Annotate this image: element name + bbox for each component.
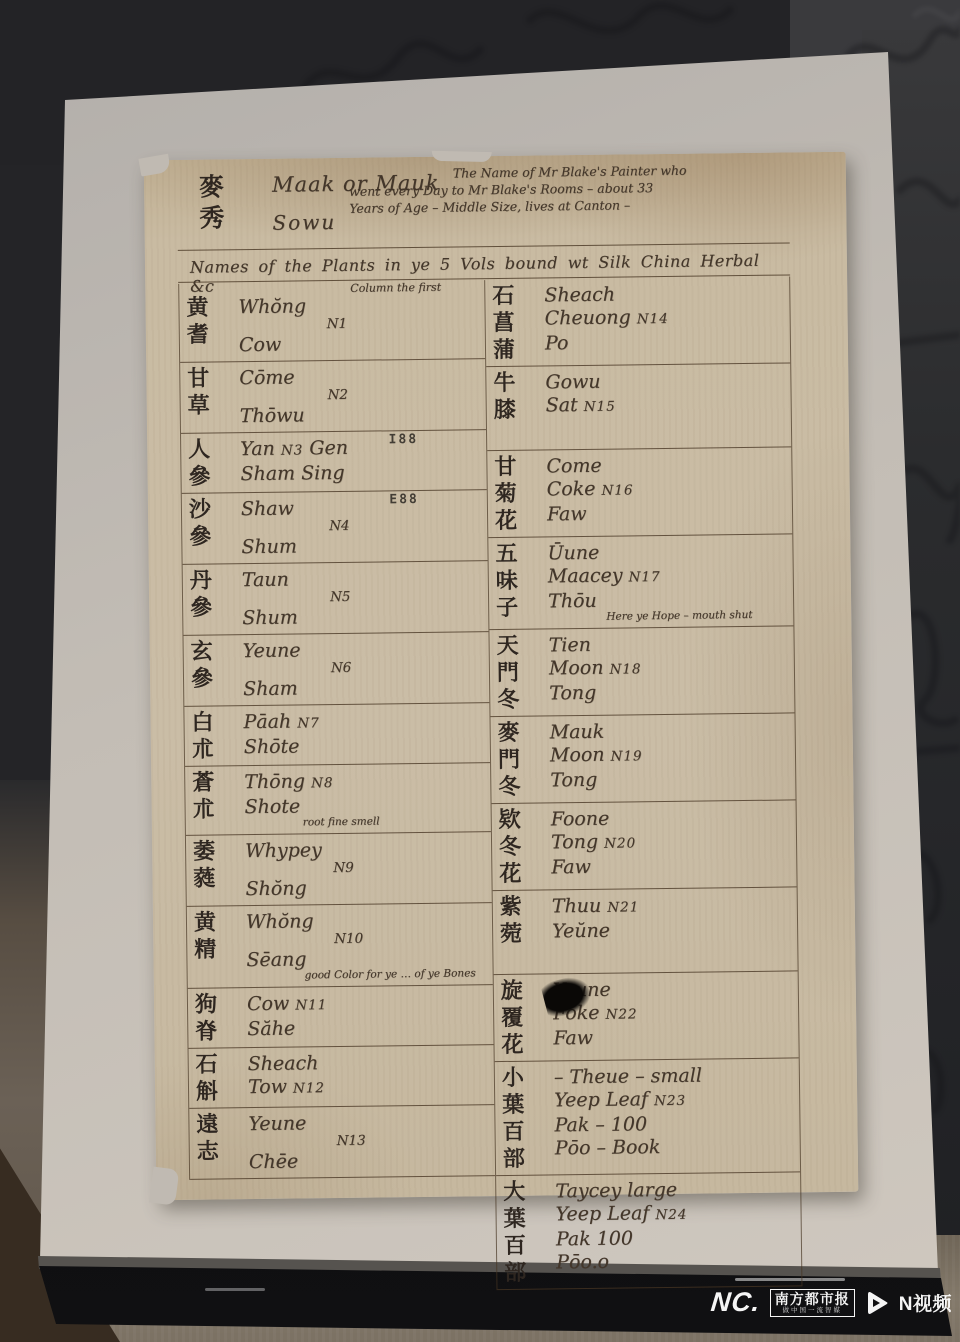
table-row: 甘菊花 ComeCoke N16Faw — [487, 447, 792, 538]
table-row: 蒼朮 Thōng N8Shoteroot fine smell — [185, 763, 491, 836]
plant-chinese-name: 麥門冬 — [491, 720, 539, 802]
plant-romanized-name: Thuu N21Yeŭne — [540, 890, 798, 971]
table-row: 牛膝 GowuSat N15 — [486, 363, 791, 451]
table-row: 沙參 ShawN4Shum E88 — [182, 490, 488, 565]
paper-tear — [432, 151, 492, 162]
manuscript-header: 麥秀 Maak or Mauk Sowu The Name of Mr Blak… — [177, 158, 790, 250]
romanized-line: Tong — [549, 679, 794, 705]
romanized-line: Shum — [242, 604, 488, 630]
annotation: good Color for ye … of ye Bones — [305, 967, 493, 982]
romanized-line: Sham Sing — [240, 460, 486, 486]
table-row: 玄參 YeuneN6Sham — [183, 632, 489, 707]
plant-chinese-name: 牛膝 — [486, 370, 534, 449]
romanized-line: Thōwu — [240, 402, 486, 428]
plant-chinese-name: 黄耆 — [179, 294, 227, 360]
table-row: 天門冬 TienMoon N18Tong — [489, 626, 794, 717]
romanized-line: Chēe — [249, 1148, 495, 1174]
plant-romanized-name: SheachCheuong N14Po — [532, 279, 790, 363]
table-row: 丹參 TaunN5Shum — [183, 561, 489, 636]
plant-romanized-name: YeuneN13Chēe — [236, 1108, 495, 1176]
plant-chinese-name: 沙參 — [182, 496, 230, 562]
plant-romanized-name: SheachTow N12 — [236, 1048, 495, 1105]
nvideo-logo: N视频 — [899, 1289, 952, 1316]
plant-chinese-name: 石菖蒲 — [485, 283, 533, 365]
romanized-line: Pak – 100 — [554, 1111, 799, 1137]
romanized-line: Maacey N17 — [548, 562, 793, 590]
table-row: 萎蕤 WhypeyN9Shŏng — [186, 832, 492, 907]
romanized-line: Tong N20 — [551, 828, 796, 856]
romanized-line: Moon N19 — [550, 741, 795, 769]
romanized-line: Thuu N21 — [552, 892, 797, 920]
watermark-bar: NC. 南方都市报 做中国一流智媒 N视频 — [711, 1287, 952, 1318]
romanized-line: Cow — [239, 331, 485, 357]
plant-romanized-name: WhŏngN1Cow — [226, 291, 485, 359]
manuscript-paper: 麥秀 Maak or Mauk Sowu The Name of Mr Blak… — [144, 152, 859, 1200]
plant-chinese-name: 蒼朮 — [185, 769, 233, 833]
table-row: 遠志 YeuneN13Chēe — [189, 1105, 495, 1180]
plant-romanized-name: TaunN5Shum — [230, 564, 489, 632]
plant-chinese-name: 玄參 — [184, 638, 232, 704]
table-row: 紫菀 Thuu N21Yeŭne — [493, 887, 798, 975]
plant-chinese-name: 大葉百部 — [496, 1179, 544, 1288]
plant-romanized-name: Cow N11Săhe — [235, 988, 494, 1045]
plant-romanized-name: ComeCoke N16Faw — [534, 450, 792, 534]
romanized-line: Tong — [550, 766, 795, 792]
plant-chinese-name: 甘草 — [180, 365, 228, 431]
romanized-line: Shōte — [244, 733, 490, 759]
table-row: 小葉百部 – Theue – smallYeep Leaf N23Pak – 1… — [495, 1058, 800, 1176]
romanized-line: Shŏng — [245, 875, 491, 901]
romanized-line: Sham — [243, 675, 489, 701]
plant-romanized-name: Yan N3 GenSham Sing — [228, 433, 487, 490]
table-row: 石斛 SheachTow N12 — [189, 1045, 495, 1109]
plant-romanized-name: YeuneN6Sham — [231, 635, 490, 703]
romanized-line: Yeŭne — [552, 917, 797, 943]
romanized-line: Pōo – Book — [555, 1134, 800, 1160]
romanized-line: Yan N3 Gen — [240, 435, 486, 463]
plant-romanized-name: TienMoon N18Tong — [536, 629, 794, 713]
table-row: 甘草 CōmeN2Thōwu — [180, 359, 486, 434]
plant-chinese-name: 遠志 — [189, 1111, 237, 1177]
plant-romanized-name: GowuSat N15 — [533, 366, 791, 447]
romanized-line: Gowu — [545, 368, 790, 394]
annotation: root fine smell — [303, 814, 491, 829]
annotation: Here ye Hope – mouth shut — [606, 608, 793, 623]
plant-chinese-name: 人參 — [181, 436, 229, 491]
romanized-line: Foone — [551, 805, 796, 831]
play-video-icon — [864, 1290, 890, 1316]
header-romanized-name2: Sowu — [272, 210, 336, 235]
romanized-line: Cow N11 — [247, 990, 493, 1018]
table-row: 狗脊 Cow N11Săhe — [188, 985, 494, 1049]
plant-column-first: 黄耆 WhŏngN1Cow 甘草 CōmeN2Thōwu 人參 Yan N3 G… — [178, 280, 495, 1180]
romanized-line: Pōo.o — [556, 1248, 801, 1274]
paper-tear — [149, 1167, 179, 1206]
romanized-line: Faw — [551, 853, 796, 879]
plant-romanized-name: MaukMoon N19Tong — [538, 716, 796, 800]
romanized-line: Coke N16 — [547, 475, 792, 503]
column-note: Column the first — [350, 281, 441, 295]
paper-tear — [138, 154, 171, 177]
plant-chinese-name: 石斛 — [189, 1051, 237, 1106]
plant-chinese-name: 欵冬花 — [492, 807, 540, 889]
romanized-line: Tow N12 — [248, 1073, 494, 1101]
nc-logo: NC. — [710, 1287, 763, 1318]
romanized-line: Faw — [553, 1024, 798, 1050]
plant-romanized-name: FooneTong N20Faw — [539, 803, 797, 887]
romanized-line: Thōng N8 — [244, 768, 490, 796]
romanized-line: Mauk — [550, 718, 795, 744]
table-row: 石菖蒲 SheachCheuong N14Po — [485, 276, 790, 367]
table-row: 旋覆花 YeuneFoke N22Faw — [494, 971, 799, 1062]
table-row: 欵冬花 FooneTong N20Faw — [492, 800, 797, 891]
plant-romanized-name: ShawN4Shum — [229, 493, 488, 561]
romanized-line: Come — [546, 452, 791, 478]
romanized-line: Faw — [547, 500, 792, 526]
plant-romanized-name: WhypeyN9Shŏng — [233, 835, 492, 903]
plant-romanized-name: WhŏngN10Sēanggood Color for ye … of ye B… — [234, 906, 493, 985]
plant-chinese-name: 萎蕤 — [186, 838, 234, 904]
newspaper-name: 南方都市报 — [775, 1292, 850, 1307]
plant-chinese-name: 五味子 — [488, 541, 536, 628]
romanized-line: Pak 100 — [556, 1225, 801, 1251]
plant-chinese-name: 黄精 — [187, 909, 235, 986]
table-row: 麥門冬 MaukMoon N19Tong — [491, 713, 796, 804]
romanized-line: Sheach — [544, 281, 789, 307]
romanized-line: Sat N15 — [546, 391, 791, 419]
romanized-line: Săhe — [247, 1015, 493, 1041]
plant-romanized-name: Taycey largeYeep Leaf N24Pak 100Pōo.o — [543, 1175, 801, 1286]
header-chinese-name: 麥秀 — [199, 171, 230, 233]
table-row: 人參 Yan N3 GenSham Sing I88 — [181, 430, 487, 494]
newspaper-tagline: 做中国一流智媒 — [775, 1307, 850, 1315]
plant-chinese-name: 白朮 — [184, 709, 232, 764]
plant-chinese-name: 甘菊花 — [487, 454, 535, 536]
plant-chinese-name: 旋覆花 — [494, 978, 542, 1060]
romanized-line: Sheach — [248, 1050, 494, 1076]
table-row: 黄精 WhŏngN10Sēanggood Color for ye … of y… — [187, 903, 493, 989]
romanized-line: Shum — [241, 533, 487, 559]
plant-chinese-name: 狗脊 — [188, 991, 236, 1046]
pencil-mark: I88 — [389, 432, 419, 447]
romanized-line: Taycey large — [555, 1177, 800, 1203]
plant-romanized-name: Thōng N8Shoteroot fine smell — [232, 766, 491, 832]
plant-romanized-name: ŪuneMaacey N17ThōuHere ye Hope – mouth s… — [535, 537, 793, 626]
table-row: 大葉百部 Taycey largeYeep Leaf N24Pak 100Pōo… — [496, 1172, 801, 1290]
plant-chinese-name: 紫菀 — [493, 894, 541, 973]
museum-exhibit-photo: 麥秀 Maak or Mauk Sowu The Name of Mr Blak… — [0, 0, 960, 1342]
romanized-line: Ūune — [547, 539, 792, 565]
plant-column-second: 石菖蒲 SheachCheuong N14Po 牛膝 GowuSat N15 甘… — [484, 276, 802, 1290]
romanized-line: Pāah N7 — [243, 708, 489, 736]
plant-romanized-name: – Theue – smallYeep Leaf N23Pak – 100Pōo… — [542, 1061, 800, 1172]
plant-romanized-name: Pāah N7Shōte — [231, 706, 490, 763]
plant-table: 黄耆 WhŏngN1Cow 甘草 CōmeN2Thōwu 人參 Yan N3 G… — [178, 276, 802, 1293]
plant-romanized-name: CōmeN2Thōwu — [227, 362, 486, 430]
header-description: The Name of Mr Blake's Painter who went … — [349, 160, 798, 216]
romanized-line: Yeep Leaf N24 — [555, 1200, 800, 1228]
newspaper-logo: 南方都市报 做中国一流智媒 — [770, 1289, 855, 1317]
romanized-line: Po — [545, 329, 790, 355]
pencil-mark: E88 — [389, 492, 419, 507]
plant-chinese-name: 小葉百部 — [495, 1065, 543, 1174]
plant-chinese-name: 天門冬 — [489, 633, 537, 715]
table-row: 五味子 ŪuneMaacey N17ThōuHere ye Hope – mou… — [488, 534, 793, 630]
plant-chinese-name: 丹參 — [183, 567, 231, 633]
table-row: 白朮 Pāah N7Shōte — [184, 703, 490, 767]
romanized-line: Tien — [548, 631, 793, 657]
romanized-line: Cheuong N14 — [545, 304, 790, 332]
romanized-line: – Theue – small — [554, 1063, 799, 1089]
romanized-line: Yeep Leaf N23 — [554, 1086, 799, 1114]
romanized-line: Moon N18 — [549, 654, 794, 682]
